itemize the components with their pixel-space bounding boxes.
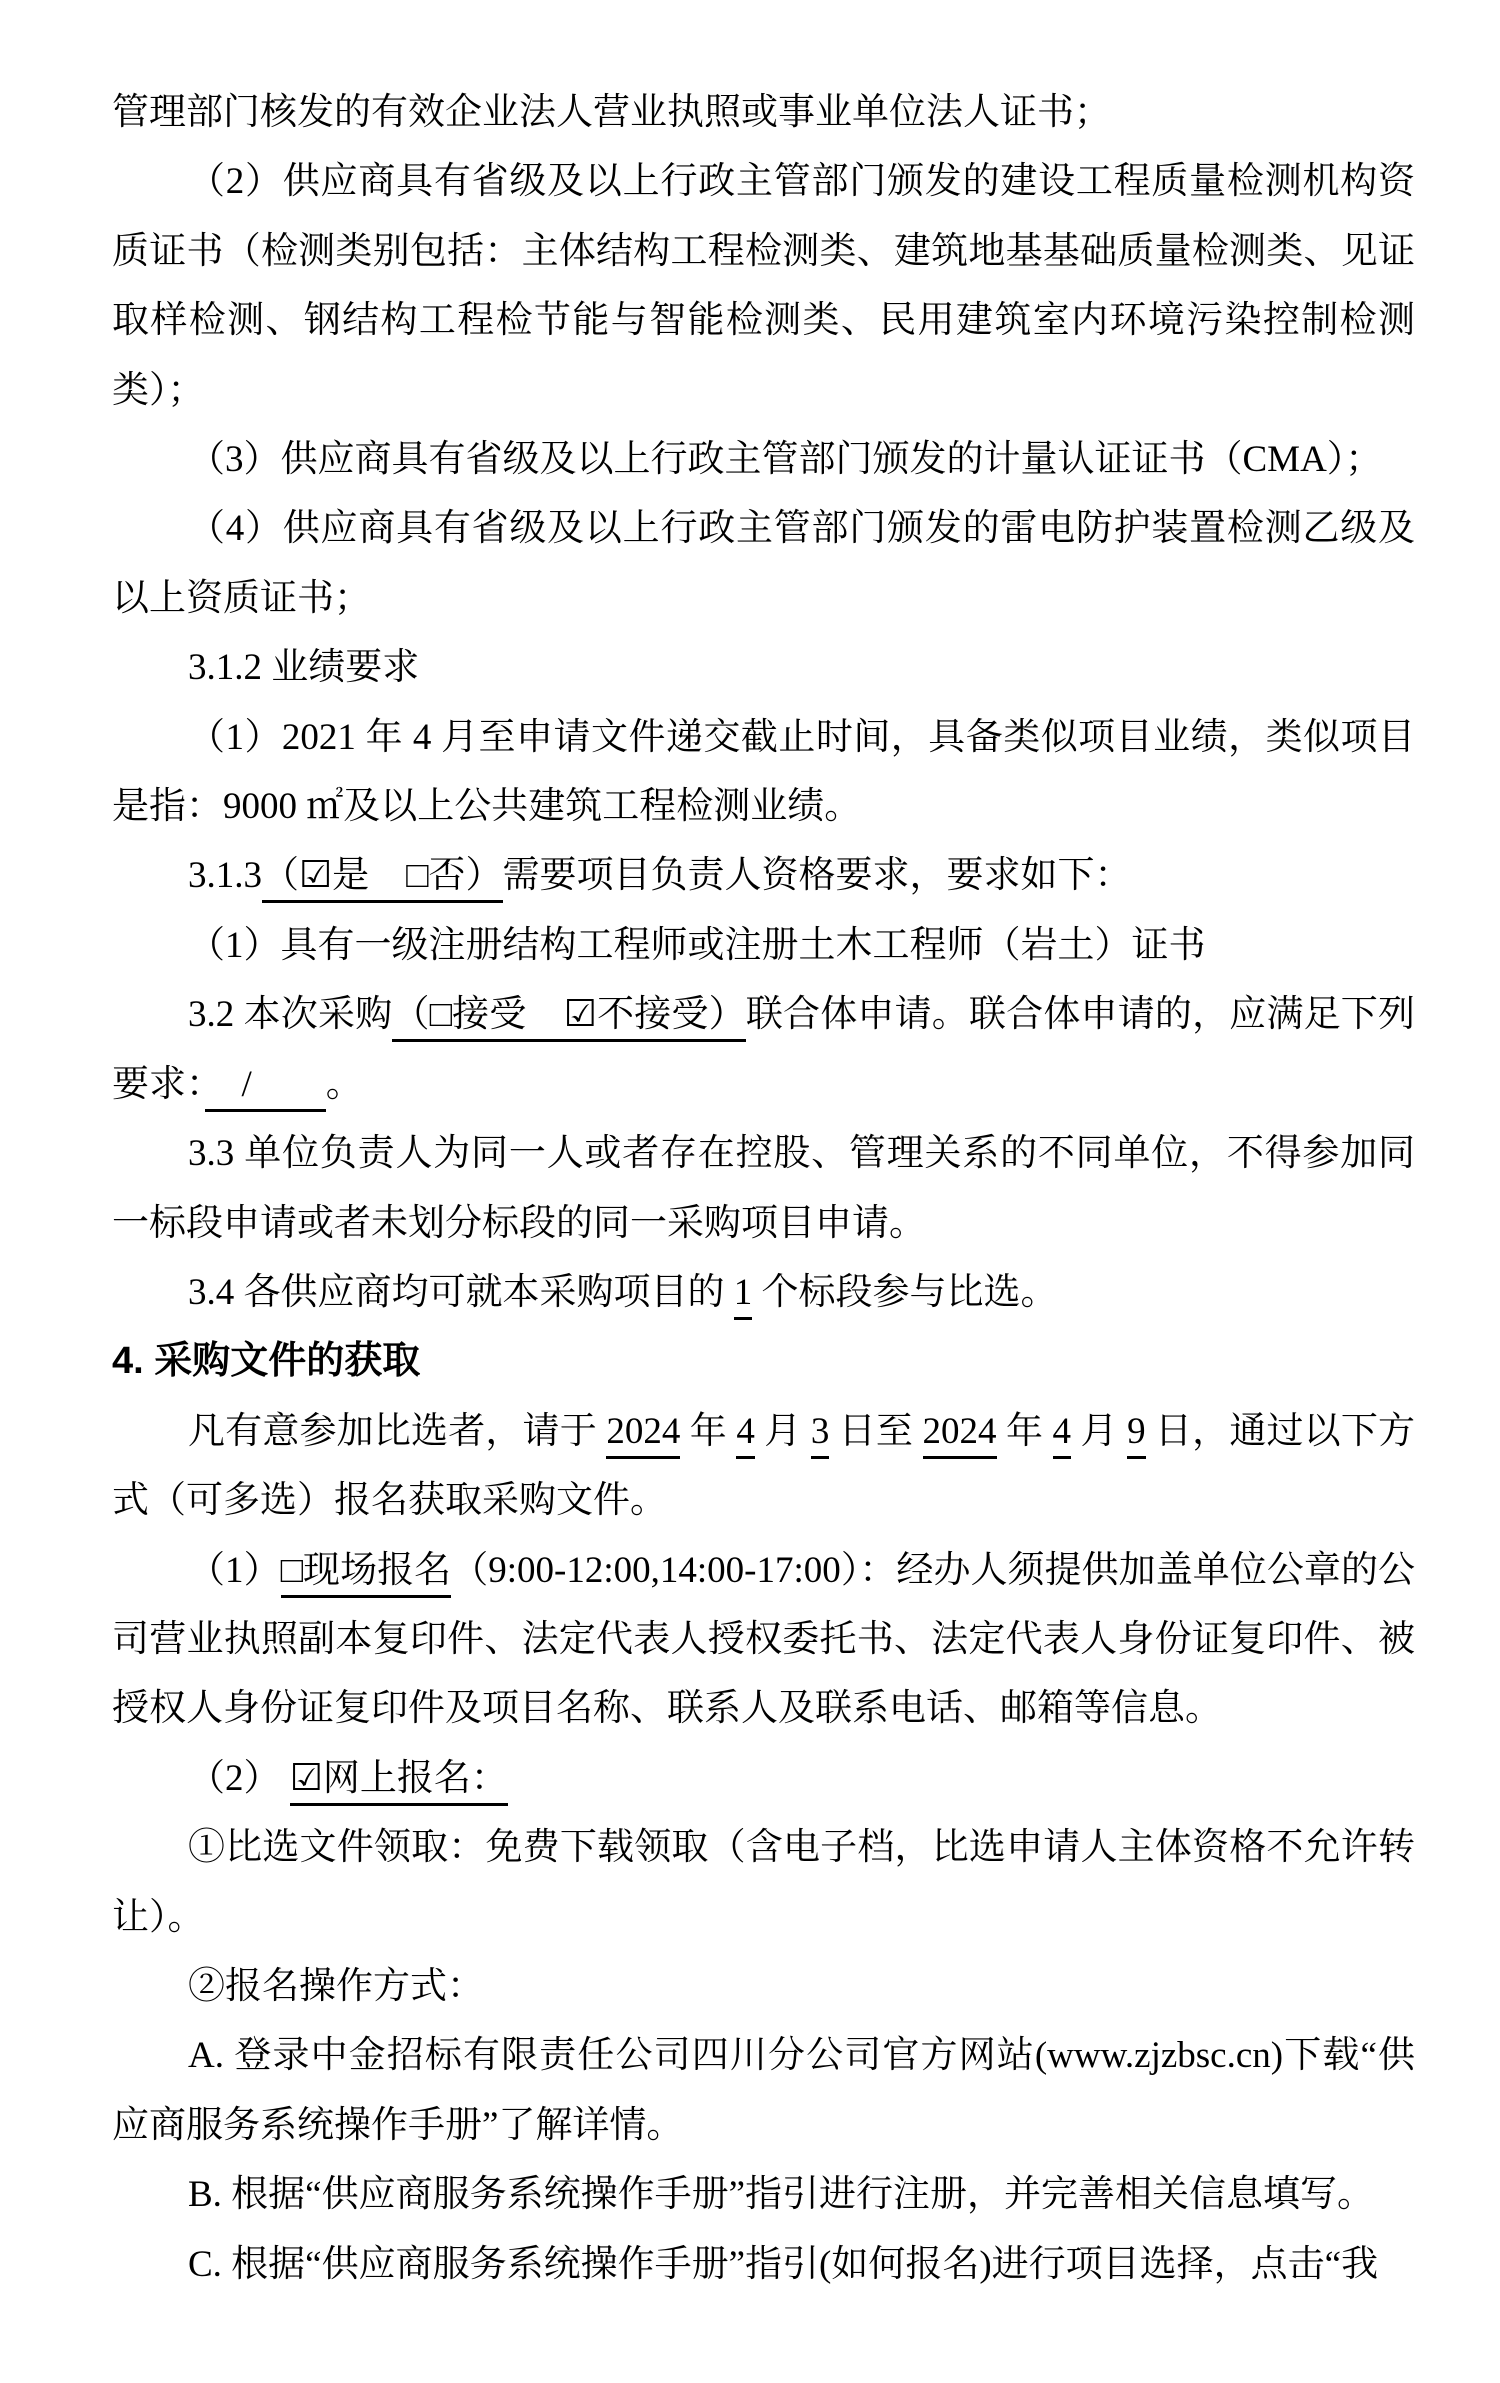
text-segment: （1） (188, 1550, 281, 1591)
checkbox-onsite-label: □现场报名 (281, 1550, 452, 1598)
text-segment: ①比选文件领取：免费下载领取（含电子档，比选申请人主体资格不允许转让）。 (112, 1827, 1415, 1937)
text-segment: 3.3 单位负责人为同一人或者存在控股、管理关系的不同单位，不得参加同一标段申请… (112, 1133, 1415, 1243)
text-segment: （3）供应商具有省级及以上行政主管部门颁发的计量认证证书（CMA）； (188, 439, 1382, 480)
text-segment: （2） (188, 1758, 290, 1799)
para-3-4-sections: 3.4 各供应商均可就本采购项目的 1 个标段参与比选。 (112, 1258, 1415, 1327)
checkbox-yes-no-group: （☑是 □否） (262, 855, 503, 903)
text-segment: （1）具有一级注册结构工程师或注册土木工程师（岩土）证书 (188, 925, 1206, 966)
underline-date-part: 2024 (606, 1411, 680, 1459)
text-segment: （4）供应商具有省级及以上行政主管部门颁发的雷电防护装置检测乙级及以上资质证书； (112, 508, 1415, 618)
para-registration-period: 凡有意参加比选者，请于 2024 年 4 月 3 日至 2024 年 4 月 9… (112, 1397, 1415, 1536)
para-step-c-select: C. 根据“供应商服务系统操作手册”指引(如何报名)进行项目选择，点击“我 (112, 2230, 1415, 2299)
para-step-a-login: A. 登录中金招标有限责任公司四川分公司官方网站(www.zjzbsc.cn)下… (112, 2021, 1415, 2160)
para-item1-onsite-registration: （1）□现场报名（9:00-12:00,14:00-17:00）：经办人须提供加… (112, 1536, 1415, 1744)
underline-date-part: 3 (811, 1411, 830, 1459)
para-3-2-consortium: 3.2 本次采购（□接受 ☑不接受）联合体申请。联合体申请的，应满足下列要求： … (112, 980, 1415, 1119)
text-segment: C. 根据“供应商服务系统操作手册”指引(如何报名)进行项目选择，点击“我 (188, 2244, 1378, 2285)
text-segment: 3.1.3 (188, 855, 262, 896)
underline-date-part: 9 (1127, 1411, 1146, 1459)
para-continuation-license: 管理部门核发的有效企业法人营业执照或事业单位法人证书； (112, 78, 1415, 147)
text-segment: 管理部门核发的有效企业法人营业执照或事业单位法人证书； (112, 92, 1111, 133)
text-segment: 3.2 本次采购 (188, 994, 392, 1035)
heading-text: 4. 采购文件的获取 (112, 1340, 420, 1382)
text-segment: 年 (997, 1411, 1053, 1452)
text-segment: 个标段参与比选。 (752, 1272, 1057, 1313)
para-circle1-document-collection: ①比选文件领取：免费下载领取（含电子档，比选申请人主体资格不允许转让）。 (112, 1813, 1415, 1952)
para-step-b-register: B. 根据“供应商服务系统操作手册”指引进行注册，并完善相关信息填写。 (112, 2160, 1415, 2229)
para-item4-lightning-cert: （4）供应商具有省级及以上行政主管部门颁发的雷电防护装置检测乙级及以上资质证书； (112, 494, 1415, 633)
text-segment: 凡有意参加比选者，请于 (188, 1411, 606, 1452)
text-segment: A. 登录中金招标有限责任公司四川分公司官方网站(www.zjzbsc.cn)下… (112, 2035, 1415, 2145)
text-segment: B. 根据“供应商服务系统操作手册”指引进行注册，并完善相关信息填写。 (188, 2174, 1374, 2215)
para-3-1-3-pm-requirement: 3.1.3（☑是 □否）需要项目负责人资格要求，要求如下： (112, 841, 1415, 910)
para-item3-cma-cert: （3）供应商具有省级及以上行政主管部门颁发的计量认证证书（CMA）； (112, 425, 1415, 494)
para-item2-quality-cert: （2）供应商具有省级及以上行政主管部门颁发的建设工程质量检测机构资质证书（检测类… (112, 147, 1415, 425)
para-circle2-registration-steps: ②报名操作方式： (112, 1952, 1415, 2021)
document-page: 管理部门核发的有效企业法人营业执照或事业单位法人证书； （2）供应商具有省级及以… (0, 0, 1500, 2299)
underline-section-count: 1 (734, 1272, 753, 1320)
text-segment: 月 (755, 1411, 811, 1452)
text-segment: 月 (1071, 1411, 1127, 1452)
checkbox-online-label: ☑网上报名： (290, 1758, 508, 1806)
text-segment: ②报名操作方式： (188, 1966, 484, 2007)
para-item2-online-registration: （2） ☑网上报名： (112, 1744, 1415, 1813)
text-segment: 年 (680, 1411, 736, 1452)
heading-4-obtain-documents: 4. 采购文件的获取 (112, 1327, 1415, 1396)
blank-slash-field: / (205, 1064, 326, 1112)
para-3-1-2-performance-title: 3.1.2 业绩要求 (112, 633, 1415, 702)
para-3-3-related-units: 3.3 单位负责人为同一人或者存在控股、管理关系的不同单位，不得参加同一标段申请… (112, 1119, 1415, 1258)
underline-date-part: 2024 (923, 1411, 997, 1459)
para-item1-pm-certificate: （1）具有一级注册结构工程师或注册土木工程师（岩土）证书 (112, 911, 1415, 980)
text-segment: 3.1.2 业绩要求 (188, 647, 419, 688)
text-segment: 日至 (829, 1411, 922, 1452)
text-segment: （1）2021 年 4 月至申请文件递交截止时间，具备类似项目业绩，类似项目是指… (112, 717, 1415, 827)
underline-date-part: 4 (736, 1411, 755, 1459)
text-segment: 3.4 各供应商均可就本采购项目的 (188, 1272, 734, 1313)
text-segment: 需要项目负责人资格要求，要求如下： (503, 855, 1132, 896)
para-item1-performance: （1）2021 年 4 月至申请文件递交截止时间，具备类似项目业绩，类似项目是指… (112, 703, 1415, 842)
underline-date-part: 4 (1053, 1411, 1072, 1459)
text-segment: 。 (326, 1064, 363, 1105)
checkbox-accept-reject-group: （□接受 ☑不接受） (392, 994, 745, 1042)
text-segment: （2）供应商具有省级及以上行政主管部门颁发的建设工程质量检测机构资质证书（检测类… (112, 161, 1415, 410)
